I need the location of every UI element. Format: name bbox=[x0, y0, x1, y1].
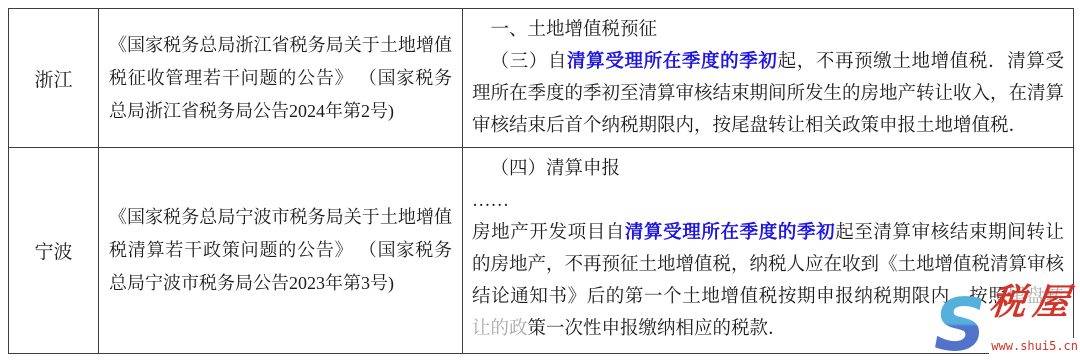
content-paragraph: 房地产开发项目自清算受理所在季度的季初起至清算审核结束期间转让的房地产，不再预征… bbox=[472, 217, 1064, 345]
document-sheet: 浙江 《国家税务总局浙江省税务局关于土地增值税征收管理若干问题的公告》 （国家税… bbox=[0, 0, 1080, 362]
body-text: （四）清算申报 bbox=[491, 159, 621, 179]
table-row-ningbo: 宁波 《国家税务总局宁波市税务局关于土地增值税清算若干政策问题的公告》 （国家税… bbox=[9, 148, 1074, 354]
content-cell: （四）清算申报……房地产开发项目自清算受理所在季度的季初起至清算审核结束期间转让… bbox=[463, 148, 1074, 354]
body-text: …… bbox=[472, 191, 509, 211]
body-text: 房地产开发项目自 bbox=[472, 223, 625, 243]
content-paragraph: （四）清算申报 bbox=[472, 153, 1064, 185]
document-cell: 《国家税务总局浙江省税务局关于土地增值税征收管理若干问题的公告》 （国家税务总局… bbox=[99, 9, 463, 148]
highlighted-text: 清算受理所在季度的季初 bbox=[567, 52, 778, 72]
policy-table: 浙江 《国家税务总局浙江省税务局关于土地增值税征收管理若干问题的公告》 （国家税… bbox=[8, 8, 1074, 354]
table-row-zhejiang: 浙江 《国家税务总局浙江省税务局关于土地增值税征收管理若干问题的公告》 （国家税… bbox=[9, 9, 1074, 148]
body-text: 策一次性申报缴纳相应的税款． bbox=[528, 319, 787, 339]
document-cell: 《国家税务总局宁波市税务局关于土地增值税清算若干政策问题的公告》 （国家税务总局… bbox=[99, 148, 463, 354]
body-text: （三）自 bbox=[491, 52, 568, 72]
highlighted-text: 清算受理所在季度的季初 bbox=[625, 223, 835, 243]
content-cell: 一、土地增值税预征（三）自清算受理所在季度的季初起，不再预缴土地增值税．清算受理… bbox=[463, 9, 1074, 148]
region-cell: 宁波 bbox=[9, 148, 99, 354]
body-text: 一、土地增值税预征 bbox=[491, 20, 658, 40]
content-paragraph: 一、土地增值税预征 bbox=[472, 14, 1064, 46]
region-cell: 浙江 bbox=[9, 9, 99, 148]
content-paragraph: …… bbox=[472, 185, 1064, 217]
content-paragraph: （三）自清算受理所在季度的季初起，不再预缴土地增值税．清算受理所在季度的季初至清… bbox=[472, 46, 1064, 142]
